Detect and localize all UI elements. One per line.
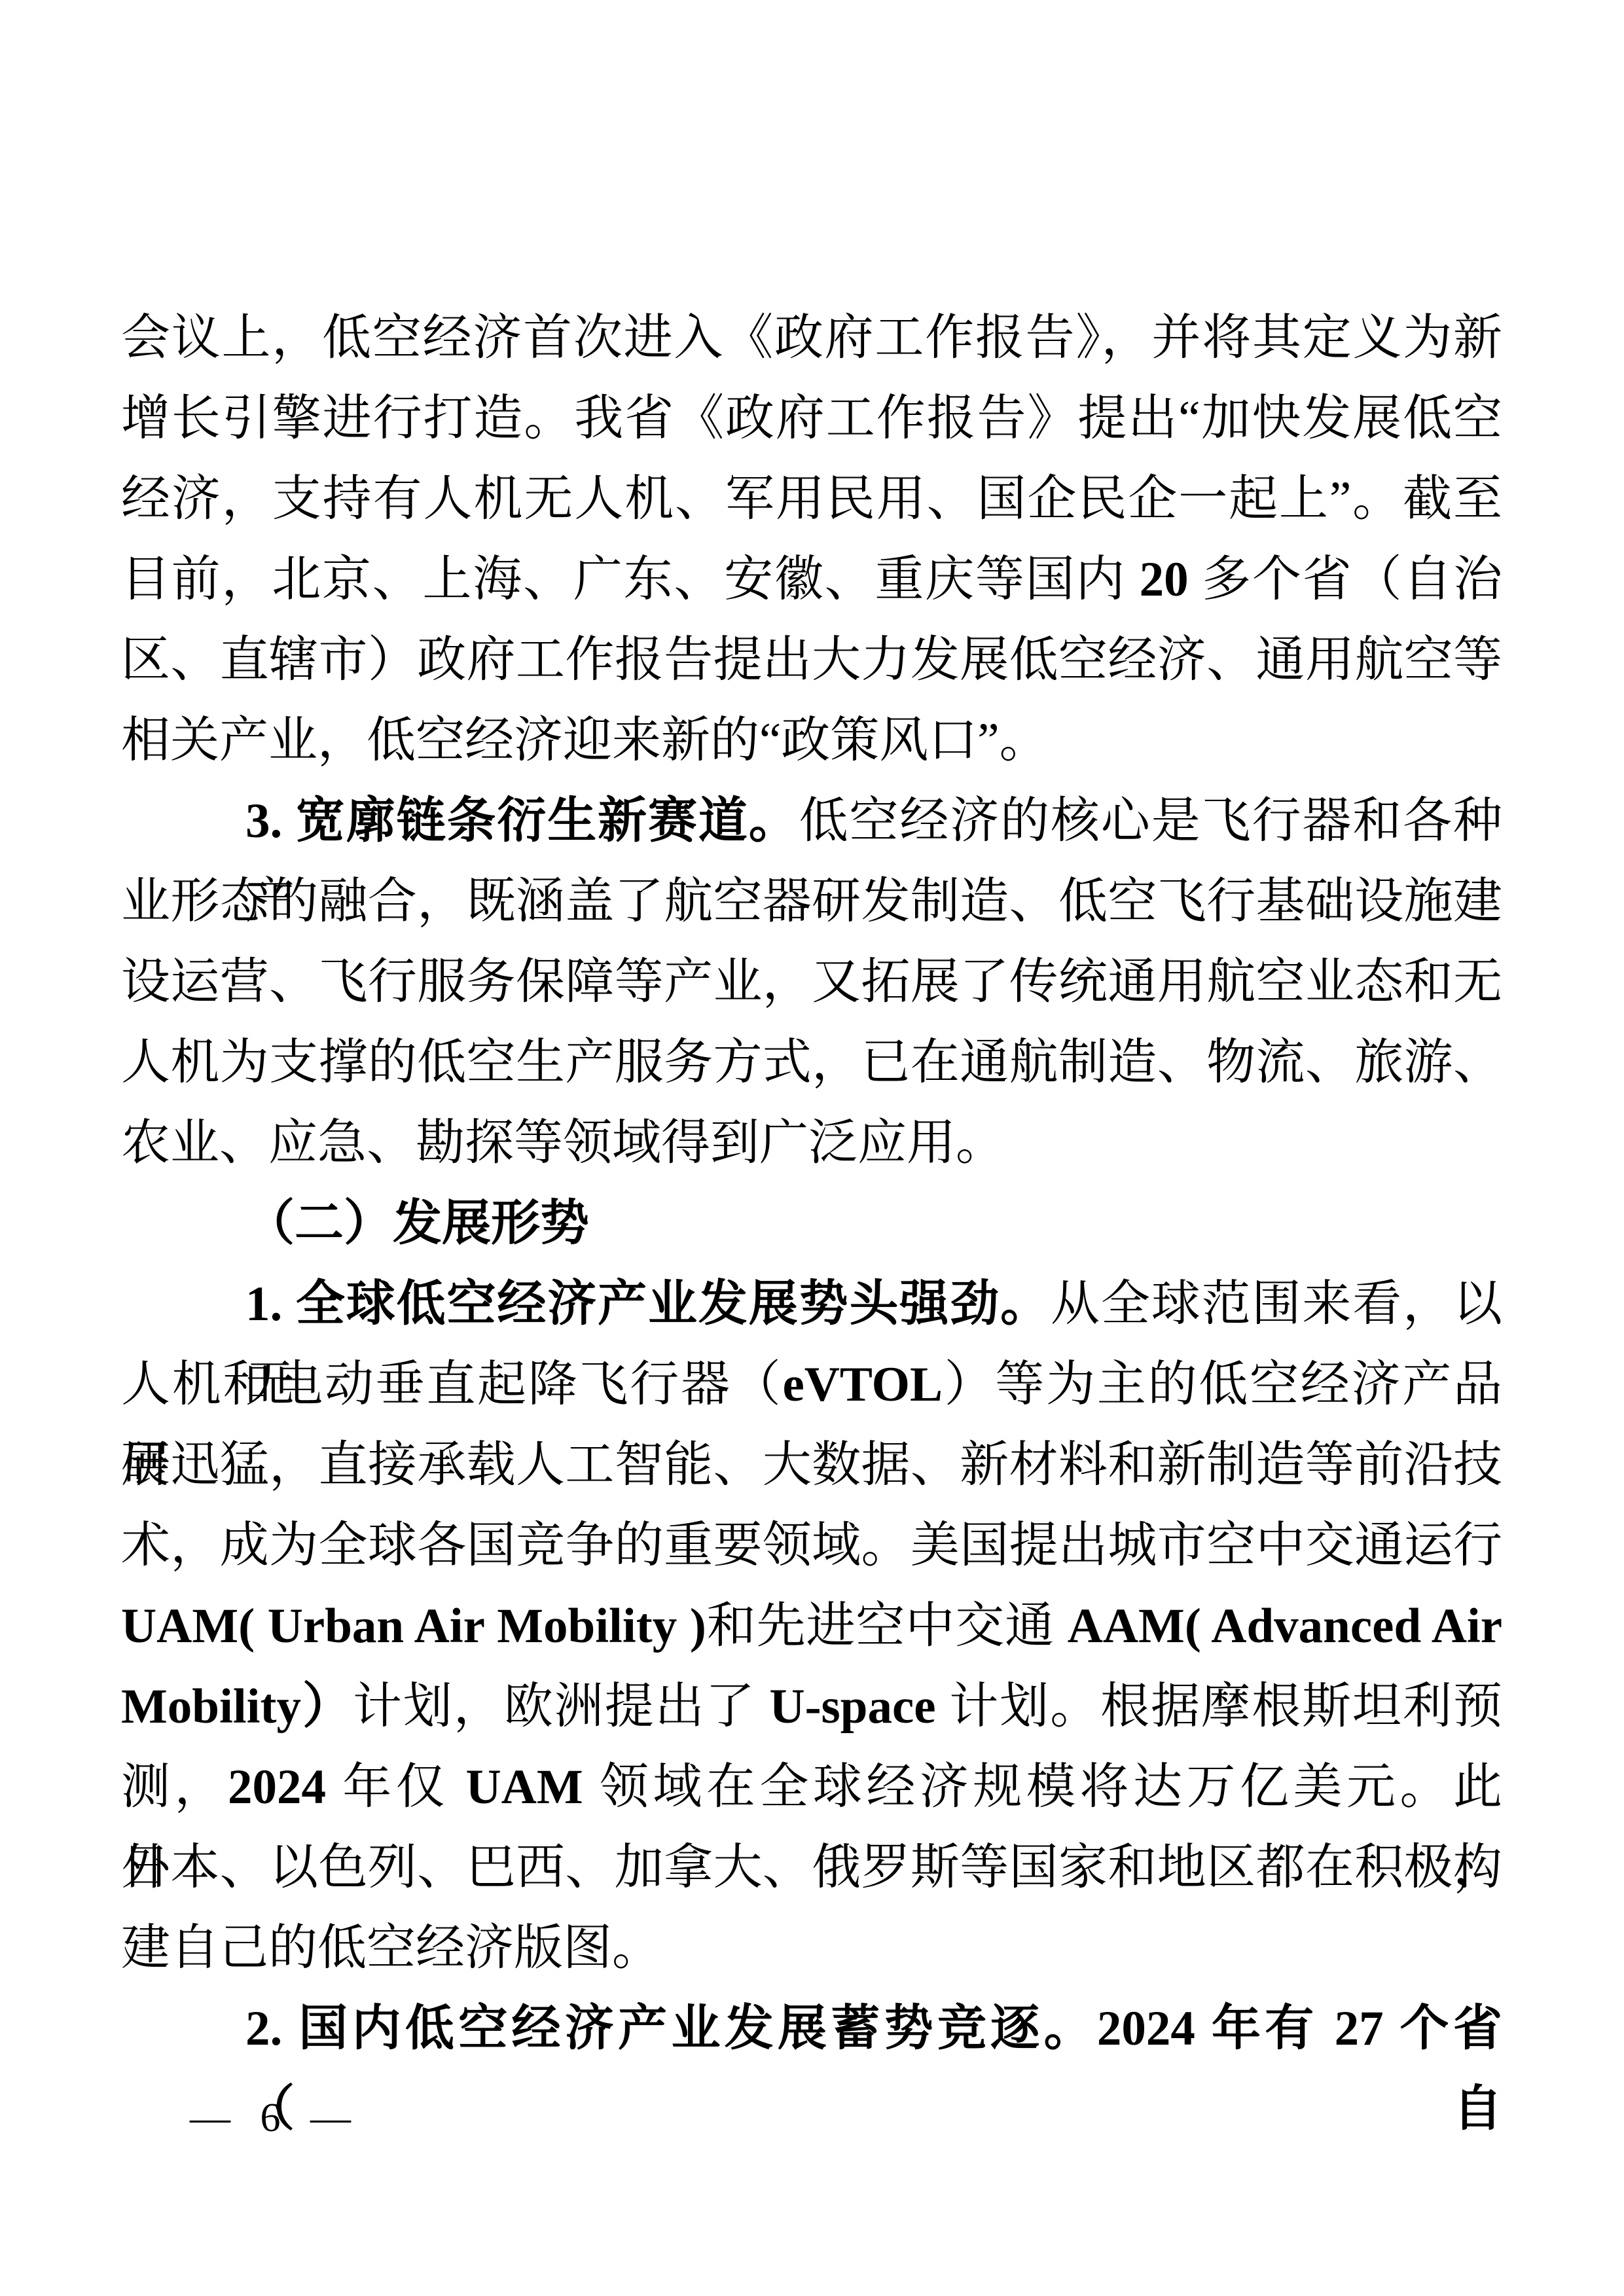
text-segment: 展迅猛，直接承载人工智能、大数据、新材料和新制造等前沿技 xyxy=(121,1438,1502,1492)
text-line: 3. 宽廓链条衍生新赛道。低空经济的核心是飞行器和各种产 xyxy=(121,781,1502,861)
text-segment: 和先进空中交通 xyxy=(706,1599,1068,1653)
text-segment: 区、直辖市）政府工作报告提出大力发展低空经济、通用航空等 xyxy=(121,633,1502,687)
text-segment: 计划。根据摩根斯坦利预 xyxy=(936,1679,1502,1734)
text-line: 区、直辖市）政府工作报告提出大力发展低空经济、通用航空等 xyxy=(121,620,1502,700)
text-segment: 会议上，低空经济首次进入《政府工作报告》，并将其定义为新 xyxy=(121,311,1502,365)
text-line: 测，2024 年仅 UAM 领域在全球经济规模将达万亿美元。此外， xyxy=(121,1747,1502,1827)
document-lines: 会议上，低空经济首次进入《政府工作报告》，并将其定义为新增长引擎进行打造。我省《… xyxy=(121,298,1502,2069)
text-segment: UAM xyxy=(466,1760,583,1814)
text-segment: 术，成为全球各国竞争的重要领域。美国提出城市空中交通运行 xyxy=(121,1518,1502,1573)
text-segment: 经济，支持有人机无人机、军用民用、国企民企一起上”。截至 xyxy=(121,472,1502,526)
text-segment: AAM( Advanced Air xyxy=(1068,1599,1502,1653)
text-segment: 相关产业，低空经济迎来新的“政策风口”。 xyxy=(121,713,1049,768)
text-line: 展迅猛，直接承载人工智能、大数据、新材料和新制造等前沿技 xyxy=(121,1425,1502,1505)
text-line: 经济，支持有人机无人机、军用民用、国企民企一起上”。截至 xyxy=(121,459,1502,539)
text-segment: 多个省（自治 xyxy=(1189,552,1502,607)
text-segment: 计划，欧洲提出了 xyxy=(353,1679,769,1734)
text-line: 增长引擎进行打造。我省《政府工作报告》提出“加快发展低空 xyxy=(121,378,1502,459)
text-segment: 2024 xyxy=(228,1760,326,1814)
text-segment: UAM( Urban Air Mobility ) xyxy=(121,1599,706,1653)
text-line: UAM( Urban Air Mobility )和先进空中交通 AAM( Ad… xyxy=(121,1586,1502,1666)
text-line: 会议上，低空经济首次进入《政府工作报告》，并将其定义为新 xyxy=(121,298,1502,378)
heading-segment: 1. 全球低空经济产业发展势头强劲。 xyxy=(245,1277,1051,1331)
text-segment: U-space xyxy=(769,1679,935,1734)
text-line: 1. 全球低空经济产业发展势头强劲。从全球范围来看，以无 xyxy=(121,1264,1502,1344)
text-segment: 日本、以色列、巴西、加拿大、俄罗斯等国家和地区都在积极构 xyxy=(121,1840,1502,1895)
text-segment: 设运营、飞行服务保障等产业，又拓展了传统通用航空业态和无 xyxy=(121,955,1502,1009)
heading-segment: 3. 宽廓链条衍生新赛道。 xyxy=(245,794,799,848)
document-page: 会议上，低空经济首次进入《政府工作报告》，并将其定义为新增长引擎进行打造。我省《… xyxy=(0,0,1624,2296)
text-line: Mobility）计划，欧洲提出了 U-space 计划。根据摩根斯坦利预 xyxy=(121,1666,1502,1747)
text-segment: 目前，北京、上海、广东、安徽、重庆等国内 xyxy=(121,552,1140,607)
text-segment: 建自己的低空经济版图。 xyxy=(121,1921,661,1975)
text-segment: 业形态的融合，既涵盖了航空器研发制造、低空飞行基础设施建 xyxy=(121,874,1502,929)
heading-segment: （二）发展形势 xyxy=(245,1196,589,1251)
text-line: 术，成为全球各国竞争的重要领域。美国提出城市空中交通运行 xyxy=(121,1505,1502,1586)
text-line: 建自己的低空经济版图。 xyxy=(121,1908,1502,1988)
text-segment: eVTOL xyxy=(782,1357,942,1412)
text-line: 相关产业，低空经济迎来新的“政策风口”。 xyxy=(121,700,1502,781)
text-segment: 年仅 xyxy=(326,1760,466,1814)
text-segment: 人机和电动垂直起降飞行器（ xyxy=(121,1357,782,1412)
text-line: 人机为支撑的低空生产服务方式，已在通航制造、物流、旅游、 xyxy=(121,1022,1502,1103)
page-number: — 6 — xyxy=(190,2092,355,2144)
text-line: 设运营、飞行服务保障等产业，又拓展了传统通用航空业态和无 xyxy=(121,942,1502,1022)
text-segment: 20 xyxy=(1140,552,1189,607)
heading-segment: 2. 国内低空经济产业发展蓄势竞逐。 xyxy=(245,2001,1097,2056)
text-line: 目前，北京、上海、广东、安徽、重庆等国内 20 多个省（自治 xyxy=(121,539,1502,620)
text-line: 农业、应急、勘探等领域得到广泛应用。 xyxy=(121,1103,1502,1183)
text-segment: 增长引擎进行打造。我省《政府工作报告》提出“加快发展低空 xyxy=(121,391,1502,446)
text-line: 2. 国内低空经济产业发展蓄势竞逐。2024 年有 27 个省（自 xyxy=(121,1988,1502,2069)
text-segment: 农业、应急、勘探等领域得到广泛应用。 xyxy=(121,1116,1005,1170)
text-segment: 测， xyxy=(121,1760,228,1814)
text-segment: Mobility） xyxy=(121,1679,353,1734)
text-line: （二）发展形势 xyxy=(121,1183,1502,1264)
text-segment: 人机为支撑的低空生产服务方式，已在通航制造、物流、旅游、 xyxy=(121,1035,1502,1090)
text-line: 人机和电动垂直起降飞行器（eVTOL）等为主的低空经济产品研 xyxy=(121,1344,1502,1425)
text-line: 日本、以色列、巴西、加拿大、俄罗斯等国家和地区都在积极构 xyxy=(121,1827,1502,1908)
text-line: 业形态的融合，既涵盖了航空器研发制造、低空飞行基础设施建 xyxy=(121,861,1502,942)
